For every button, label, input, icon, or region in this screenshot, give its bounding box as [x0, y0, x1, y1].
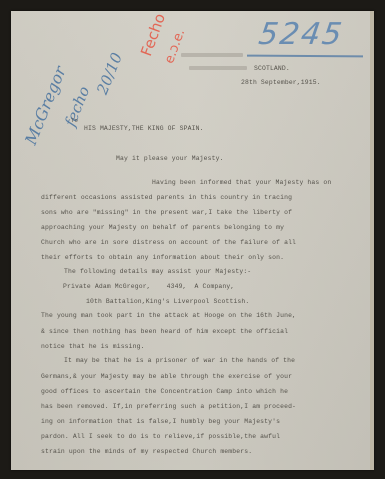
to-label: To: [71, 118, 78, 124]
paragraph-1-line: sons who are "missing" in the present wa…: [41, 210, 292, 216]
letterhead-location: SCOTLAND.: [254, 66, 290, 72]
paragraph-1-line: their efforts to obtain any information …: [41, 255, 284, 261]
paragraph-3-line: It may be that he is a prisoner of war i…: [64, 358, 295, 364]
paragraph-3-line: ing on information that is false,I humbl…: [41, 419, 280, 425]
paragraph-1-line: different occasions assisted parents in …: [41, 195, 292, 201]
paragraph-2-line: notice that he is missing.: [41, 344, 145, 350]
paragraph-2-line: & since then nothing has been heard of h…: [41, 329, 288, 335]
recipient: HIS MAJESTY,THE KING OF SPAIN.: [84, 126, 204, 132]
paragraph-1-line: Church who are in sore distress on accou…: [41, 240, 296, 246]
soldier-details-line2: 10th Battalion,King's Liverpool Scottish…: [86, 299, 249, 305]
paragraph-3-line: good offices to ascertain the Concentrat…: [41, 389, 288, 395]
handwritten-name: McGregor: [23, 64, 69, 147]
soldier-details-line1: Private Adam McGregor, 4349, A Company,: [63, 284, 234, 290]
paragraph-3-line: Germans,& your Majesty may be able throu…: [41, 374, 292, 380]
page-edge: [370, 11, 374, 470]
paragraph-1-line: Having been informed that your Majesty h…: [152, 180, 331, 186]
paragraph-2-line: The young man took part in the attack at…: [41, 313, 296, 319]
paragraph-3-line: pardon. All I seek to do is to relieve,i…: [41, 434, 280, 440]
letterhead-faded-line1: [181, 53, 243, 57]
letterhead-faded-line2: [189, 66, 247, 70]
handwritten-date: 20/10: [95, 51, 125, 97]
fecho-stamp-line2: e.ɔ.e.: [163, 28, 187, 66]
details-intro: The following details may assist your Ma…: [64, 269, 251, 275]
paragraph-3-line: strain upon the minds of my respected Ch…: [41, 449, 252, 455]
paragraph-3-line: has been removed. If,in preferring such …: [41, 404, 296, 410]
letter-date: 28th September,1915.: [241, 80, 321, 86]
paragraph-1-line: approaching your Majesty on behalf of pa…: [41, 225, 284, 231]
reference-underline: [247, 55, 363, 58]
reference-number: 5245: [257, 17, 346, 52]
salutation: May it please your Majesty.: [116, 156, 224, 162]
fecho-stamp-line1: Fecho: [139, 12, 168, 58]
letter-page: 5245 Fecho e.ɔ.e. McGregor fecho 20/10 S…: [11, 11, 374, 470]
